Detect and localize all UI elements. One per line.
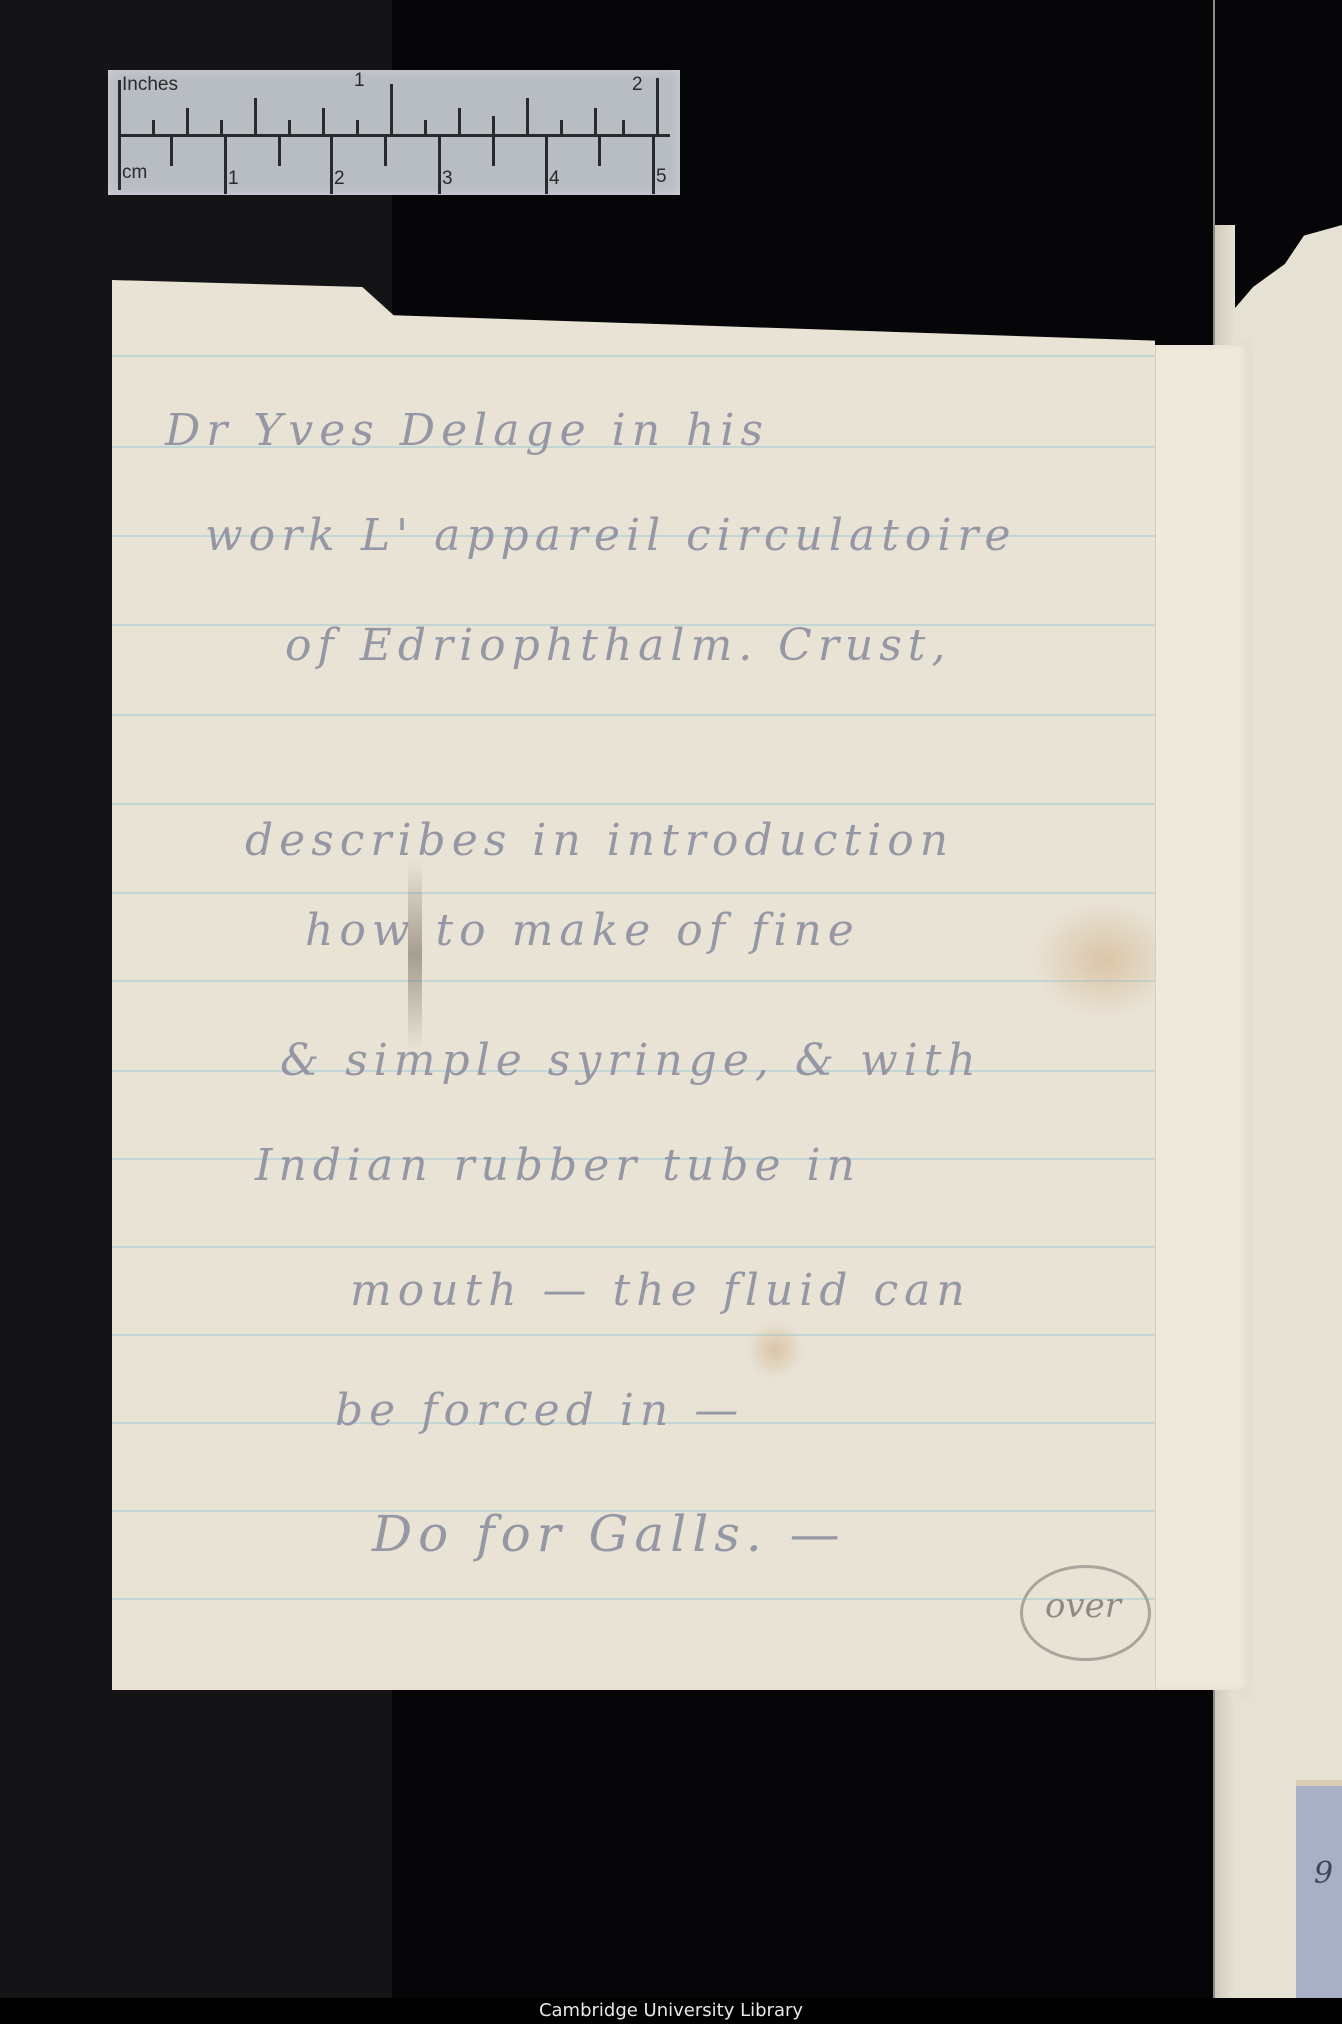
ruler-tick <box>622 120 625 136</box>
over-note-circle: over <box>1020 1565 1151 1661</box>
ruler-tick <box>220 120 223 136</box>
ruler-tick <box>152 120 155 136</box>
ruler-tick <box>254 98 257 136</box>
cm-number-2: 2 <box>334 168 345 190</box>
ruler-tick <box>492 116 495 136</box>
ruled-lines <box>112 280 1155 1690</box>
handwritten-line-5: how to make of fine <box>305 905 860 956</box>
inch-number-2: 2 <box>632 74 643 96</box>
cm-number-1: 1 <box>228 168 239 190</box>
cm-number-3: 3 <box>442 168 453 190</box>
ruler-tick <box>458 108 461 136</box>
slip-mark: 9 <box>1314 1856 1333 1891</box>
ruler-tick <box>330 136 333 194</box>
ruler-tick <box>224 136 227 194</box>
handwritten-line-3: of Edriophthalm. Crust, <box>285 620 951 671</box>
ruler-tick <box>356 120 359 136</box>
handwritten-line-8: mouth — the fluid can <box>350 1265 971 1316</box>
ruler-tick <box>526 98 529 136</box>
ruler-tick <box>594 108 597 136</box>
handwritten-line-2: work L' appareil circulatoire <box>205 510 1016 561</box>
ruler-tick <box>384 136 387 166</box>
blue-slip: 9 <box>1296 1780 1342 2004</box>
ruler-tick <box>438 136 441 194</box>
ruler-tick <box>652 136 655 194</box>
scale-ruler: Inches cm 1 2 1 2 3 4 5 <box>108 70 680 195</box>
handwritten-line-1: Dr Yves Delage in his <box>165 405 769 456</box>
ruler-tick <box>288 120 291 136</box>
ruler-tick <box>560 120 563 136</box>
library-credit: Cambridge University Library <box>0 1998 1342 2024</box>
cm-number-4: 4 <box>549 168 560 190</box>
ruler-tick <box>186 108 189 136</box>
handwritten-line-6: & simple syringe, & with <box>280 1035 982 1086</box>
ruler-tick <box>118 80 121 190</box>
ruler-tick <box>278 136 281 166</box>
over-note: over <box>1045 1586 1121 1626</box>
inch-number-1: 1 <box>354 70 365 92</box>
handwritten-line-7: Indian rubber tube in <box>255 1140 861 1191</box>
ruler-tick <box>656 78 659 136</box>
ruler-tick <box>492 136 495 166</box>
handwritten-line-10: Do for Galls. — <box>372 1505 846 1563</box>
handwritten-line-9: be forced in — <box>335 1385 744 1436</box>
inches-label: Inches <box>122 74 178 96</box>
cm-number-5: 5 <box>656 166 667 188</box>
spot-stain <box>745 1320 805 1380</box>
ruler-tick <box>598 136 601 166</box>
folded-flap <box>1155 345 1251 1690</box>
ruler-tick <box>424 120 427 136</box>
cm-label: cm <box>122 162 147 184</box>
handwritten-line-4: describes in introduction <box>245 815 954 866</box>
ruler-tick <box>322 108 325 136</box>
ruler-baseline <box>118 134 670 137</box>
ruler-tick <box>170 136 173 166</box>
ruler-tick <box>390 84 393 136</box>
ruler-tick <box>545 136 548 194</box>
